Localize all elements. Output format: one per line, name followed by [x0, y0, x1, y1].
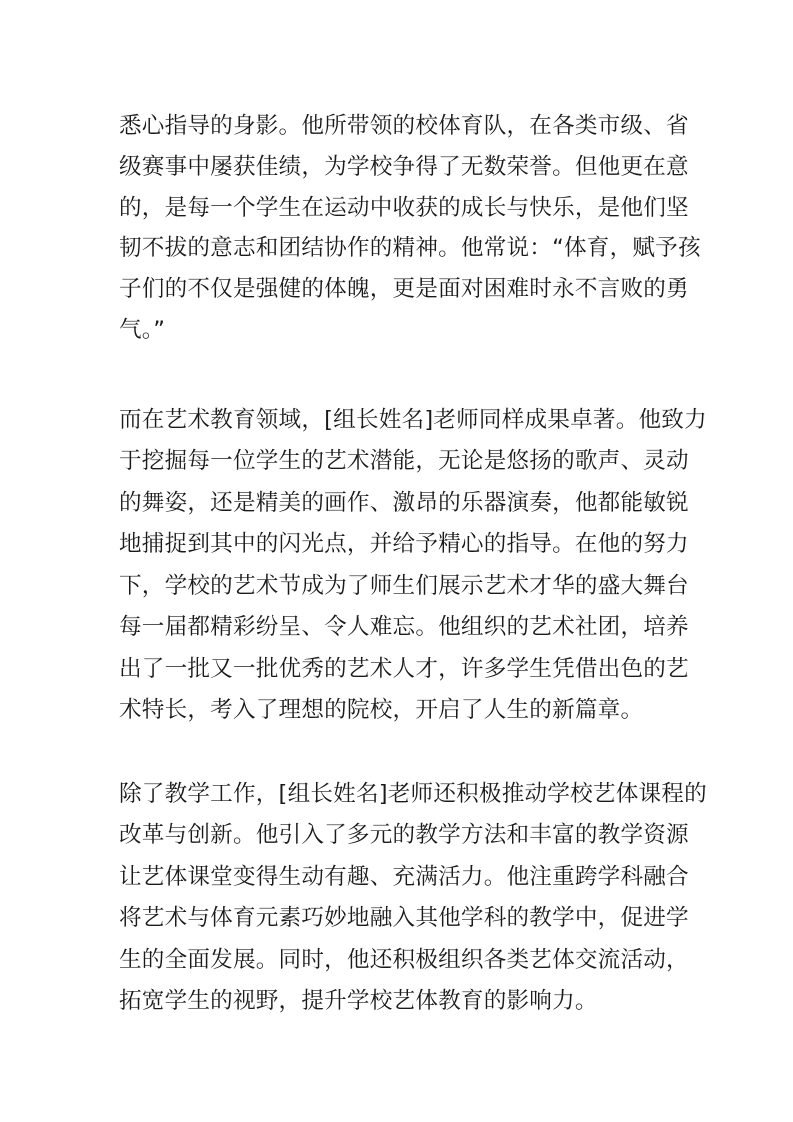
text-line: 出了一批又一批优秀的艺术人才，许多学生凭借出色的艺 [119, 654, 679, 684]
text-line: 于挖掘每一位学生的艺术潜能，无论是悠扬的歌声、灵动 [119, 446, 679, 476]
text-line: 韧不拔的意志和团结协作的精神。他常说：“体育，赋予孩 [119, 233, 679, 263]
text-line: 改革与创新。他引入了多元的教学方法和丰富的教学资源 [119, 820, 679, 850]
text-line: 地捕捉到其中的闪光点，并给予精心的指导。在他的努力 [119, 529, 679, 559]
text-line: 每一届都精彩纷呈、令人难忘。他组织的艺术社团，培养 [119, 612, 679, 642]
text-line: 生的全面发展。同时，他还积极组织各类艺体交流活动， [119, 945, 679, 975]
text-line: 的，是每一个学生在运动中收获的成长与快乐，是他们坚 [119, 193, 679, 223]
text-line: 而在艺术教育领域，[组长姓名]老师同样成果卓著。他致力 [119, 405, 679, 435]
text-line: 将艺术与体育元素巧妙地融入其他学科的教学中，促进学 [119, 903, 679, 933]
text-line: 让艺体课堂变得生动有趣、充满活力。他注重跨学科融合 [119, 862, 679, 892]
text-line: 子们的不仅是强健的体魄，更是面对困难时永不言败的勇 [119, 274, 679, 304]
document-page: 悉心指导的身影。他所带领的校体育队，在各类市级、省 级赛事中屡获佳绩，为学校争得… [0, 0, 793, 1122]
text-line: 拓宽学生的视野，提升学校艺体教育的影响力。 [119, 986, 679, 1016]
text-line: 除了教学工作，[组长姓名]老师还积极推动学校艺体课程的 [119, 779, 679, 809]
text-line: 的舞姿，还是精美的画作、激昂的乐器演奏，他都能敏锐 [119, 488, 679, 518]
text-line: 下，学校的艺术节成为了师生们展示艺术才华的盛大舞台 [119, 571, 679, 601]
text-line: 气。” [119, 315, 679, 345]
text-line: 悉心指导的身影。他所带领的校体育队，在各类市级、省 [119, 111, 679, 141]
text-line: 术特长，考入了理想的院校，开启了人生的新篇章。 [119, 695, 679, 725]
text-line: 级赛事中屡获佳绩，为学校争得了无数荣誉。但他更在意 [119, 152, 679, 182]
